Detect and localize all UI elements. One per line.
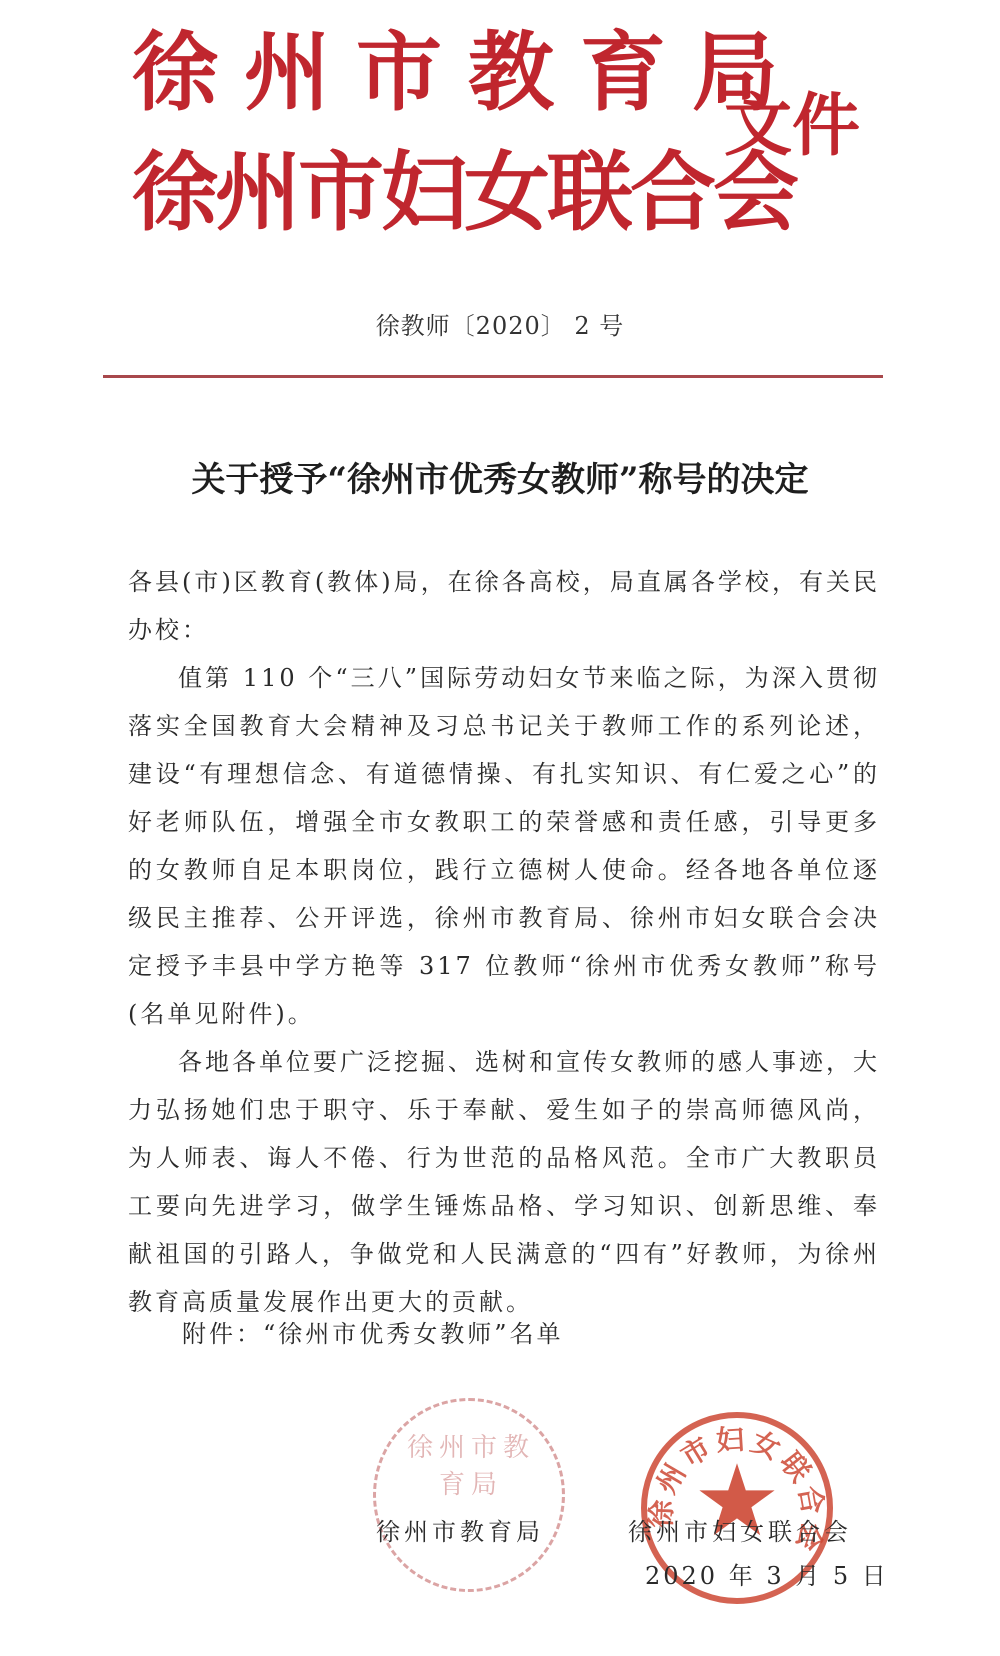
header-document-suffix: 文件 [724,92,860,160]
signature-womens-federation: 徐州市妇女联合会 [628,1512,852,1547]
document-number: 徐教师〔2020〕 2 号 [0,306,1000,341]
salutation: 各县(市)区教育(教体)局，在徐各高校，局直属各学校，有关民办校： [128,558,880,654]
education-bureau-seal: 徐州市教育局 [373,1398,565,1592]
header-issuer-womens-federation: 徐州市妇女联合会 [132,150,796,236]
signature-education-bureau: 徐州市教育局 [376,1512,544,1547]
document-title: 关于授予“徐州市优秀女教师”称号的决定 [0,452,1000,501]
header-separator-rule [103,375,883,378]
body-paragraph-1: 值第 110 个“三八”国际劳动妇女节来临之际，为深入贯彻落实全国教育大会精神及… [128,654,880,1038]
issue-date: 2020 年 3 月 5 日 [645,1556,889,1591]
body-paragraph-2: 各地各单位要广泛挖掘、选树和宣传女教师的感人事迹，大力弘扬她们忠于职守、乐于奉献… [128,1038,880,1326]
header-issuer-education-bureau: 徐州市教育局 [132,30,804,116]
document-body: 各县(市)区教育(教体)局，在徐各高校，局直属各学校，有关民办校： 值第 110… [128,558,880,1326]
education-bureau-seal-text: 徐州市教育局 [406,1427,536,1501]
attachment-note: 附件：“徐州市优秀女教师”名单 [182,1314,564,1349]
